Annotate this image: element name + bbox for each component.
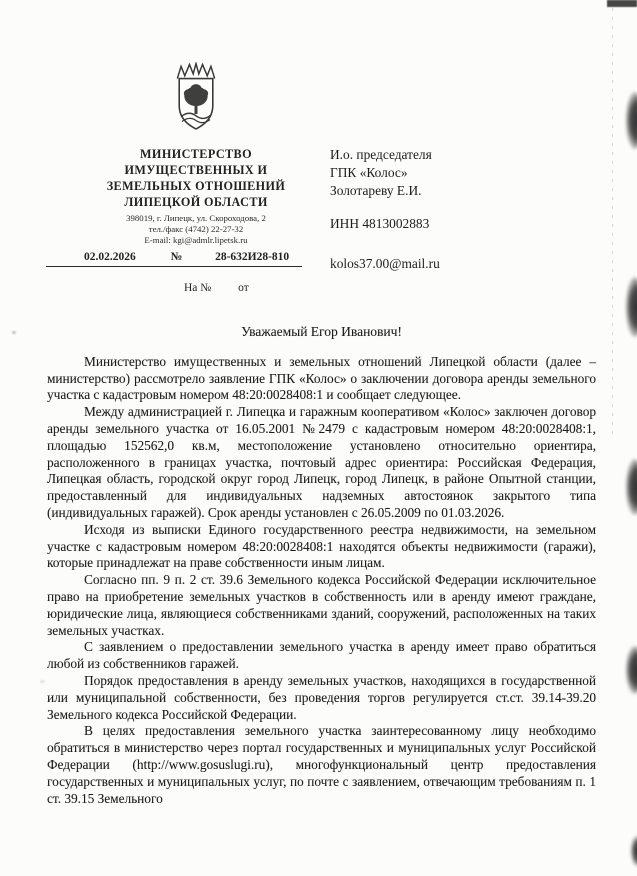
letter-number: 28-632И28-810: [215, 251, 289, 263]
paragraph: С заявлением о предоставлении земельного…: [47, 639, 596, 673]
letterhead: МИНИСТЕРСТВО ИМУЩЕСТВЕННЫХ И ЗЕМЕЛЬНЫХ О…: [72, 62, 320, 246]
addressee-email: kolos37.00@mail.ru: [330, 255, 440, 273]
ministry-line: ЛИПЕЦКОЙ ОБЛАСТИ: [72, 194, 320, 210]
scan-edge-smudge: [626, 646, 637, 694]
paragraph: Министерство имущественных и земельных о…: [47, 354, 596, 404]
address-line: тел./факс (4742) 22-27-32: [72, 224, 320, 235]
addressee-organization: ГПК «Колос»: [330, 164, 440, 182]
letter-body: Уважаемый Егор Иванович! Министерство им…: [47, 324, 596, 807]
ministry-name: МИНИСТЕРСТВО ИМУЩЕСТВЕННЫХ И ЗЕМЕЛЬНЫХ О…: [72, 146, 320, 210]
scanned-letter-page: МИНИСТЕРСТВО ИМУЩЕСТВЕННЫХ И ЗЕМЕЛЬНЫХ О…: [0, 0, 637, 876]
ministry-line: МИНИСТЕРСТВО: [72, 146, 320, 162]
coat-of-arms-icon: [168, 62, 224, 138]
address-line: E-mail: kgi@admlr.lipetsk.ru: [72, 235, 320, 246]
ministry-line: ИМУЩЕСТВЕННЫХ И: [72, 162, 320, 178]
scan-corner-artifact: [607, 0, 637, 7]
ministry-line: ЗЕМЕЛЬНЫХ ОТНОШЕНИЙ: [72, 178, 320, 194]
scan-edge-streak: [612, 8, 613, 438]
number-sign: №: [171, 251, 183, 263]
address-line: 398019, г. Липецк, ул. Скороходова, 2: [72, 213, 320, 224]
paragraph: Между администрацией г. Липецка и гаражн…: [47, 404, 596, 522]
scan-speck: [12, 331, 16, 334]
scan-edge-smudge: [626, 459, 637, 515]
reference-line: На № от: [184, 282, 249, 294]
addressee-name: Золотареву Е.И.: [330, 182, 440, 200]
ministry-address: 398019, г. Липецк, ул. Скороходова, 2 те…: [72, 213, 320, 246]
addressee-position: И.о. председателя: [330, 146, 440, 164]
letter-date: 02.02.2026: [84, 251, 136, 263]
date-number-line: 02.02.2026 № 28-632И28-810: [46, 251, 302, 267]
addressee-inn: ИНН 4813002883: [330, 215, 440, 233]
addressee-block: И.о. председателя ГПК «Колос» Золотареву…: [330, 146, 440, 273]
paragraph: В целях предоставления земельного участк…: [47, 723, 596, 807]
paragraph: Исходя из выписки Единого государственно…: [47, 522, 596, 572]
ref-ot-label: от: [238, 282, 249, 294]
scan-speck: [40, 680, 45, 683]
paragraph: Порядок предоставления в аренду земельны…: [47, 673, 596, 723]
scan-edge-smudge: [631, 836, 637, 866]
ref-na-label: На №: [184, 282, 211, 294]
salutation: Уважаемый Егор Иванович!: [47, 324, 596, 341]
paragraph: Согласно пп. 9 п. 2 ст. 39.6 Земельного …: [47, 572, 596, 639]
scan-edge-smudge: [626, 92, 637, 149]
scan-edge-smudge: [626, 277, 637, 337]
